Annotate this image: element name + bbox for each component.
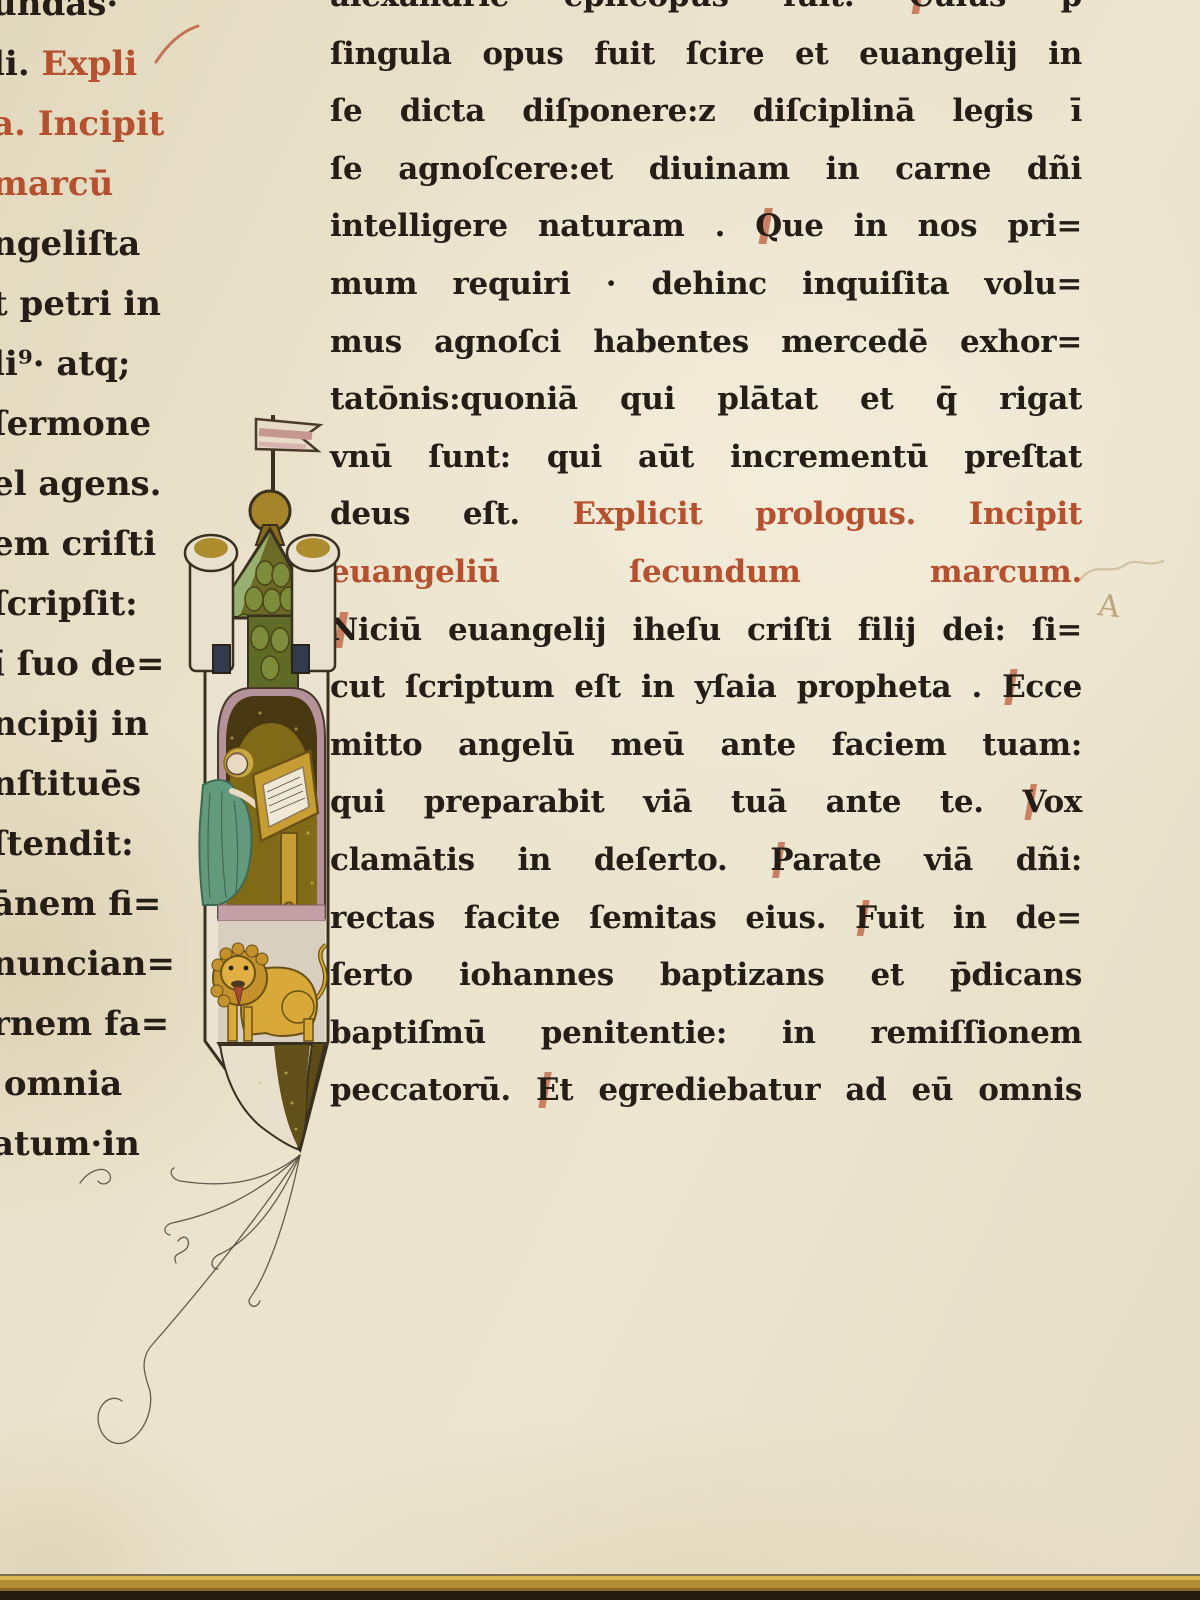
manuscript-page: { "page": { "kind": "illuminated manuscr… <box>0 0 1200 1600</box>
text-line: peccatorū. Et egrediebatur ad eū omnis <box>330 1062 1082 1120</box>
text-line: cut ſcriptum eſt in yſaia propheta . Ecc… <box>330 659 1082 717</box>
tower-window-left <box>213 645 230 673</box>
text-line: mum requiri · dehinc inquiſita volu= <box>330 256 1082 314</box>
text-line: ſe agnoſcere:et diuinam in carne dñi <box>330 141 1082 199</box>
text-line: qui preparabit viā tuā ante te. Vox <box>330 774 1082 832</box>
marginal-scribble <box>1075 548 1185 593</box>
niche-floor <box>218 905 325 921</box>
text-line: t petri in <box>0 274 202 334</box>
text-line: Niciū euangelij iheſu criſti filij dei: … <box>330 602 1082 660</box>
red-pen-stroke <box>150 18 210 78</box>
text-line: mitto angelū meū ante faciem tuam: <box>330 717 1082 775</box>
text-line: ſingula opus fuit ſcire et euangelij in <box>330 26 1082 84</box>
text-line: ſe dicta diſponere:z diſciplinā legis ī <box>330 83 1082 141</box>
text-line: tatōnis:quoniā qui plātat et q̄ rigat <box>330 371 1082 429</box>
text-line: li⁹· atq; <box>0 334 202 394</box>
text-line: ngeliſta <box>0 214 202 274</box>
main-text-column: alexandrie epiſcopus fuit. Cuius p̄ſingu… <box>330 0 1082 1120</box>
pennant-flag-icon <box>256 415 320 501</box>
text-line: mus agnoſci habentes mercedē exhor= <box>330 314 1082 372</box>
marginal-annotation: A <box>1096 591 1121 623</box>
illuminated-initial <box>60 393 350 1468</box>
text-line: deus eſt. Explicit prologus. Incipit <box>330 486 1082 544</box>
tower-window-right <box>292 645 309 673</box>
roof-centre <box>248 616 298 696</box>
text-line: vnū ſunt: qui aūt incrementū preſtat <box>330 429 1082 487</box>
text-line: rectas facite ſemitas eius. Fuit in de= <box>330 890 1082 948</box>
initial-tail <box>218 1043 325 1150</box>
text-line: clamātis in deſerto. Parate viā dñi: <box>330 832 1082 890</box>
text-line: euangeliū ſecundum marcum. <box>330 544 1082 602</box>
text-line: intelligere naturam . Que in nos pri= <box>330 198 1082 256</box>
gilt-page-edge <box>0 1574 1200 1600</box>
text-line: a. Incipit <box>0 94 202 154</box>
text-line: ſerto iohannes baptizans et p̄dicans <box>330 947 1082 1005</box>
text-line: baptiſmū penitentie: in remiſſionem <box>330 1005 1082 1063</box>
text-line: alexandrie epiſcopus fuit. Cuius p̄ <box>330 0 1082 26</box>
text-line: marcū <box>0 154 202 214</box>
pen-flourish <box>80 1155 300 1443</box>
